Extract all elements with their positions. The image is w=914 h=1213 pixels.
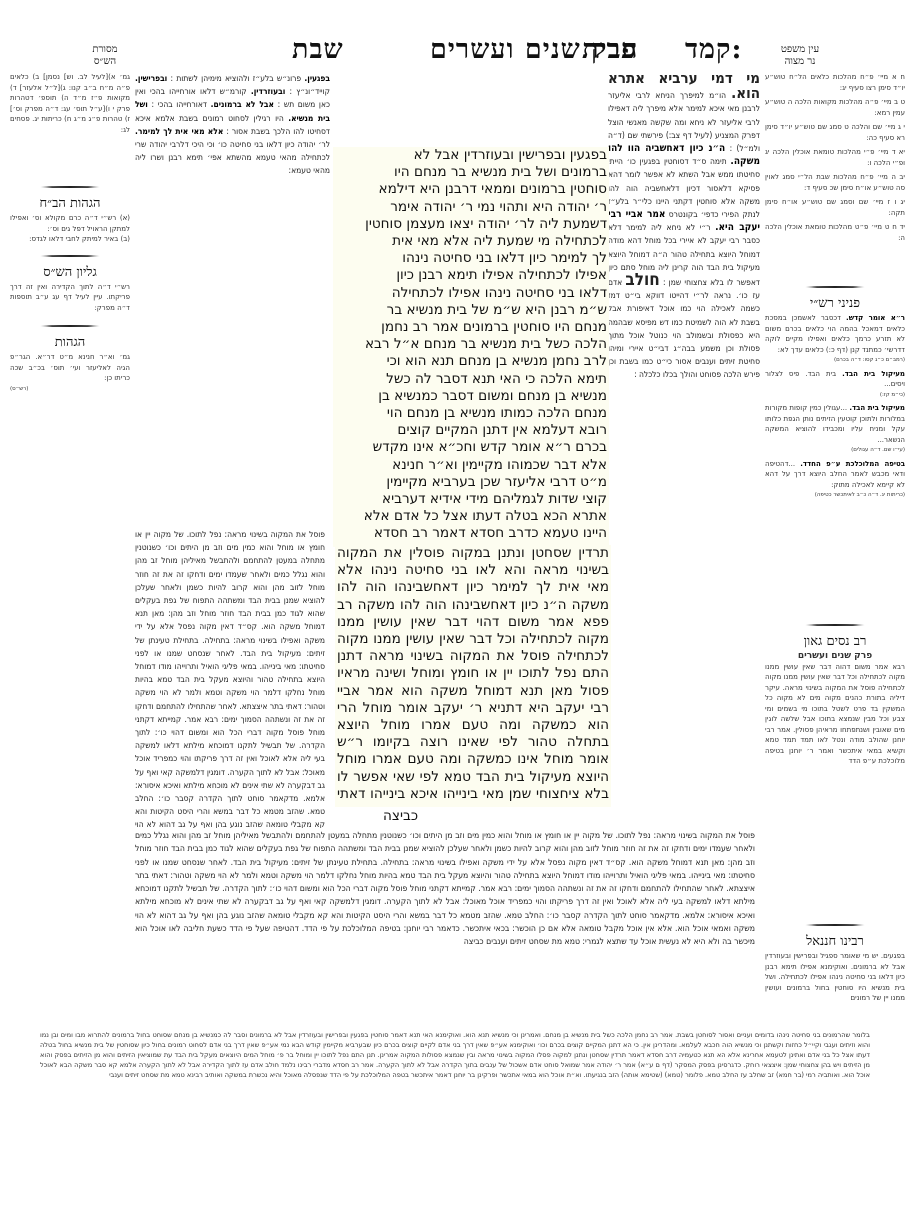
gemara-line: בפגעין ובפרישין ובעוזרדין אבל לא xyxy=(335,147,607,164)
gemara-line: סוחטין ברמונים וממאי דרבנן היא דילמא xyxy=(335,181,607,198)
mesoret-label-line2: הש״ס xyxy=(80,56,130,68)
ein-mishpat-entry: יא ד מיי׳ פ״י מהלכות טומאת אוכלין הלכה י… xyxy=(765,147,905,168)
ornament-divider xyxy=(10,321,130,331)
rashi-continued-left: פוסל את המקוה בשינוי מראה: נפל לתוכו. של… xyxy=(135,528,325,828)
rashi-lead: אבל לא ברמונים. xyxy=(211,99,274,109)
gemara-line: ש״מ רבנן היא ש״מ של בית מנשיא בר xyxy=(335,302,607,319)
ornament-divider xyxy=(765,282,905,292)
ein-mishpat-label-line2: נר מצוה xyxy=(770,56,830,68)
rabbeinu-chananel-title: רבינו חננאל xyxy=(765,933,905,949)
rav-nissim-body: רבא אמר משום דהוה דבר שאין עושין ממנו מק… xyxy=(765,662,905,877)
mesoret-hashas-body: גמ׳ א)[לעיל לב. וש] נסמן] ב) כלאים פ״ה מ… xyxy=(10,72,130,182)
pninei-rashi-entry: ר״א אומר קדש. דכסבר לאשמכן במסכת כלאים ד… xyxy=(765,313,905,366)
gemara-line: הלכה כשל בית מנשיא בר מנחם א״ל רבא xyxy=(335,336,607,353)
gemara-line: רובא דעלמא אין דתנן המקיים קוצים xyxy=(335,422,607,439)
pninei-rashi-entry: מעיקול בית הבד. בית הבד. פיס לצלור ויסים… xyxy=(765,369,905,401)
gemara-line: אפילו לכתחילה אפילו תימא רבנן כיון xyxy=(335,267,607,284)
hagahot-habach-entry: (ב) באיר למיתק לחבי דלאו לגדס: xyxy=(10,234,130,245)
header-chapter-name: חבית xyxy=(582,34,639,65)
pninei-rashi-entry: בטיפה המלוכלכת ע״פ החדד. ...דהטיפה ודאי … xyxy=(765,459,905,501)
gemara-line: מנחם היו סוחטין ברמונים אמר רב נחמן xyxy=(335,319,607,336)
gemara-line: לך למימר כיון דלאו בני סחיטה נינהו xyxy=(335,250,607,267)
rav-nissim-title: רב נסים גאון xyxy=(765,633,905,649)
gemara-narrow-block[interactable]: בפגעין ובפרישין ובעוזרדין אבל לא ברמונים… xyxy=(333,147,609,547)
hagahot-title: הגהות xyxy=(10,334,130,350)
rashi-lower-wide: פוסל את המקוה בשינוי מראה: נפל לתוכו. של… xyxy=(135,830,755,1015)
gemara-line: דלאו בני סחיטה נינהו אפילו לכתחילה xyxy=(335,285,607,302)
rabbeinu-chananel-section: רבינו חננאל בפגעים. יש מי שאומר ספגיל וב… xyxy=(765,920,905,1036)
pninei-rashi-title: פניני רש״י xyxy=(765,295,905,311)
gemara-line: בכרם ר״א אומר קדש וחכ״א אינו מקדש xyxy=(335,439,607,456)
ein-mishpat-label-line1: עין משפט xyxy=(770,44,830,56)
ein-mishpat-entry: ח א מיי׳ פ״ח מהלכות כלאים הל״ח טוש״ע יו״… xyxy=(765,72,905,93)
tosafot-column: מי דמי ערביא אתרא הוא. הו״מ למיפרך הניחא… xyxy=(608,72,760,540)
hagahot-habach-entry: (א) רש״י ד״ה כרם מקולא וס׳ ואפילו למתקן … xyxy=(10,213,130,234)
ein-mishpat-entry: י ג מיי׳ שם והלכה ט סמג שם טוש״ע יו״ד סי… xyxy=(765,122,905,143)
pninei-rashi-entry: מעיקול בית הבד. ...עגולין כמין קופות מקו… xyxy=(765,403,905,456)
rabbeinu-chananel-body: בפגעים. יש מי שאומר ספגיל ובפרישין ובעוז… xyxy=(765,951,905,1036)
gemara-line: אלא דבר שכמוהו מקיימין וא״ר חנינא xyxy=(335,457,607,474)
ein-mishpat-entry: יד ח ט מיי׳ פ״ט מהלכות טומאת אוכלין הלכה… xyxy=(765,222,905,243)
ornament-divider xyxy=(10,251,130,261)
hagahot-ref: (רש״ס) xyxy=(10,384,130,395)
ornament-divider xyxy=(10,182,130,192)
mesoret-label-line1: מסורת xyxy=(80,44,130,56)
gemara-line: מנשיא בן מנחם ומשום דסבר כמנשיא בן xyxy=(335,388,607,405)
ein-mishpat-entry: יג ו ז מיי׳ שם וסמג שם טוש״ע או״ח סימן ת… xyxy=(765,197,905,218)
gemara-line: לרב נחמן מנשיא בן מנחם תנא הוא וכי xyxy=(335,353,607,370)
ein-mishpat-entry: ט ב מיי׳ פ״ה מהלכות מקואות הלכה ה טוש״ע … xyxy=(765,97,905,118)
gemara-line: מנחם הלכה כמותו מנשיא בן מנחם הוי xyxy=(335,405,607,422)
rashi-column: בפגעין. פרונ״ש בלע״ז ולהוציא מימיהן לשתו… xyxy=(135,72,330,527)
gemara-last-word: כביצה xyxy=(335,808,655,825)
gemara-line: היינו טעמא כדרב חסדא דאמר רב חסדא xyxy=(335,525,607,542)
gemara-wide-block[interactable]: תרדין שסחטן ונתנן במקוה פוסלין את המקוה … xyxy=(335,545,611,807)
ein-mishpat-entry: יב ה מיי׳ פ״ח מהלכות שבת הל״י סמג לאוין … xyxy=(765,172,905,193)
rashi-lead: ובפרישין. xyxy=(135,73,167,83)
gemara-line: מ״ט דרבי אליעזר שכן בערביא מקיימין xyxy=(335,474,607,491)
gilyon-hashas-title: גליון הש״ס xyxy=(10,264,130,280)
right-header-label: עין משפט נר מצוה xyxy=(770,44,830,68)
rav-nissim-section: רב נסים גאון פרק שנים ועשרים רבא אמר משו… xyxy=(765,620,905,877)
gemara-line: תימא הלכה כי האי תנא דסבר לה כשל xyxy=(335,371,607,388)
rashi-lead: ובעוזרדין. xyxy=(251,86,285,96)
pninei-rashi-section: פניני רש״י ר״א אומר קדש. דכסבר לאשמכן במ… xyxy=(765,282,905,501)
gemara-line: ברמונים ושל בית מנשיא בר מנחם היו xyxy=(335,164,607,181)
hagahot-habach-title: הגהות הב״ח xyxy=(10,195,130,211)
ornament-divider xyxy=(765,920,905,930)
rashi-lead: אלא מאי אית לך למימר. xyxy=(135,126,223,136)
commentary-lead: חולב xyxy=(625,270,659,290)
pninei-rashi-body: ר״א אומר קדש. דכסבר לאשמכן במסכת כלאים ד… xyxy=(765,313,905,501)
rashi-lead: בפגעין. xyxy=(304,73,330,83)
left-header-label: מסורת הש״ס xyxy=(80,44,130,68)
ein-mishpat-column: ח א מיי׳ פ״ח מהלכות כלאים הל״ח טוש״ע יו״… xyxy=(765,72,905,272)
gemara-text: תרדין שסחטן ונתנן במקוה פוסלין את המקוה … xyxy=(337,545,609,807)
gemara-line: דשמעת ליה לר׳ יהודה יצאו מעצמן סוחטין xyxy=(335,216,607,233)
gemara-line: קוצי שדות לגמליהם מידי אידיא דערביא xyxy=(335,491,607,508)
bottom-notes: בלומר שהרמונים בני סחיטה נינהו בדומים וע… xyxy=(40,1030,870,1130)
hagahot-body: גמ׳ וא״ר חנינא מ״ט דר״א. הגר״פ הגיה לאלי… xyxy=(10,352,130,384)
rav-nissim-subtitle: פרק שנים ועשרים xyxy=(765,651,905,662)
gemara-line: לכתחילה מי שמעת ליה אלא מאי אית xyxy=(335,233,607,250)
gilyon-hashas-body: רש״י ד״ה לתוך הקדירה ואין זה דרך פריקתו.… xyxy=(10,282,130,314)
gemara-line: ר׳ יהודה היא ותהוי נמי ר׳ יהודה אימר xyxy=(335,199,607,216)
ornament-divider xyxy=(765,620,905,630)
header-folio: קמד: xyxy=(685,34,742,65)
gemara-line: אתרא הכא בטלה דעתו אצל כל אדם אלא xyxy=(335,508,607,525)
left-margin-column: גמ׳ א)[לעיל לב. וש] נסמן] ב) כלאים פ״ה מ… xyxy=(10,72,130,394)
header-tractate: שבת xyxy=(292,34,344,65)
